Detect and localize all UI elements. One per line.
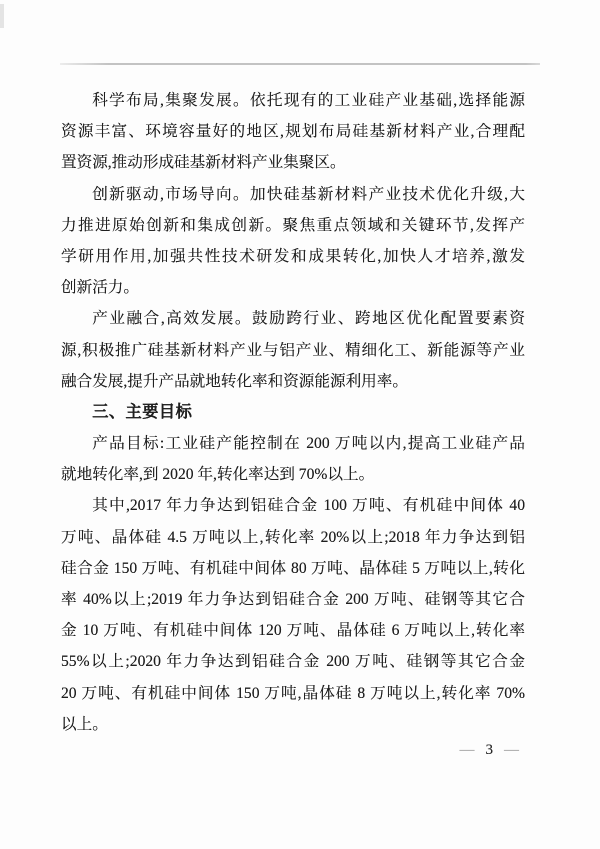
header-rule xyxy=(60,63,540,65)
text-line: 产业融合,高效发展。鼓励跨行业、跨地区优化配置要素资 xyxy=(61,303,525,334)
text-line: 源,积极推广硅基新材料产业与铝产业、精细化工、新能源等产业 xyxy=(61,335,525,366)
document-body: 科学布局,集聚发展。依托现有的工业硅产业基础,选择能源资源丰富、环境容量好的地区… xyxy=(61,85,525,740)
text-line: 科学布局,集聚发展。依托现有的工业硅产业基础,选择能源 xyxy=(61,85,525,116)
page-number-dash-right: — xyxy=(504,742,519,758)
section-heading: 三、主要目标 xyxy=(61,397,525,428)
text-line: 20 万吨、有机硅中间体 150 万吨,晶体硅 8 万吨以上,转化率 70% xyxy=(61,678,525,709)
text-line: 金 10 万吨、有机硅中间体 120 万吨、晶体硅 6 万吨以上,转化率 xyxy=(61,615,525,646)
scan-artifact xyxy=(0,4,4,28)
text-line: 创新驱动,市场导向。加快硅基新材料产业技术优化升级,大 xyxy=(61,179,525,210)
page-number-value: 3 xyxy=(486,742,494,758)
document-page: 科学布局,集聚发展。依托现有的工业硅产业基础,选择能源资源丰富、环境容量好的地区… xyxy=(0,0,600,849)
text-line: 置资源,推动形成硅基新材料产业集聚区。 xyxy=(61,147,525,178)
text-line: 其中,2017 年力争达到铝硅合金 100 万吨、有机硅中间体 40 xyxy=(61,490,525,521)
text-line: 硅合金 150 万吨、有机硅中间体 80 万吨、晶体硅 5 万吨以上,转化 xyxy=(61,553,525,584)
text-line: 产品目标:工业硅产能控制在 200 万吨以内,提高工业硅产品 xyxy=(61,428,525,459)
text-line: 万吨、晶体硅 4.5 万吨以上,转化率 20%以上;2018 年力争达到铝 xyxy=(61,522,525,553)
text-line: 率 40%以上;2019 年力争达到铝硅合金 200 万吨、硅钢等其它合 xyxy=(61,584,525,615)
page-number-dash-left: — xyxy=(460,742,475,758)
text-line: 资源丰富、环境容量好的地区,规划布局硅基新材料产业,合理配 xyxy=(61,116,525,147)
text-line: 55%以上;2020 年力争达到铝硅合金 200 万吨、硅钢等其它合金 xyxy=(61,646,525,677)
text-line: 融合发展,提升产品就地转化率和资源能源利用率。 xyxy=(61,366,525,397)
text-line: 创新活力。 xyxy=(61,272,525,303)
text-line: 就地转化率,到 2020 年,转化率达到 70%以上。 xyxy=(61,459,525,490)
text-line: 力推进原始创新和集成创新。聚焦重点领域和关键环节,发挥产 xyxy=(61,210,525,241)
page-number: —3— xyxy=(61,735,525,766)
text-line: 学研用作用,加强共性技术研发和成果转化,加快人才培养,激发 xyxy=(61,241,525,272)
